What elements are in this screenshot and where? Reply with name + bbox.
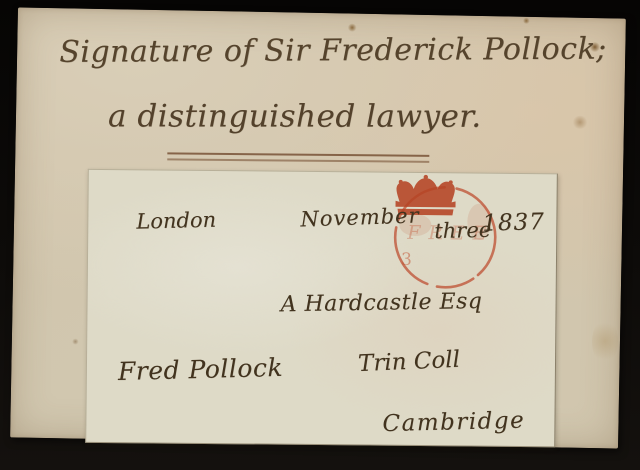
letter-city: Cambridge xyxy=(382,408,525,438)
foxing-stain xyxy=(592,318,619,364)
pollock-signature: Fred Pollock xyxy=(118,353,284,386)
letter-addressee: A Hardcastle Esq xyxy=(280,289,482,317)
letter-place: London xyxy=(136,208,216,234)
foxing-stain xyxy=(348,24,357,32)
foxing-stain xyxy=(523,18,530,24)
album-page: Signature of Sir Frederick Pollock; a di… xyxy=(10,7,626,448)
stamp-numeral: 3 xyxy=(401,250,412,270)
photograph: Signature of Sir Frederick Pollock; a di… xyxy=(0,0,640,470)
foxing-stain xyxy=(72,339,79,345)
caption-underline xyxy=(167,152,429,163)
caption-line-1: Signature of Sir Frederick Pollock; xyxy=(59,32,607,70)
caption-line-2: a distinguished lawyer. xyxy=(108,98,482,134)
letter-month: November xyxy=(300,203,420,231)
foxing-stain xyxy=(572,116,588,129)
letter-college: Trin Coll xyxy=(358,347,461,377)
letter-year: 1837 xyxy=(482,209,545,237)
letter-front: FREE 3 London November three 1837 A Hard… xyxy=(85,169,558,447)
